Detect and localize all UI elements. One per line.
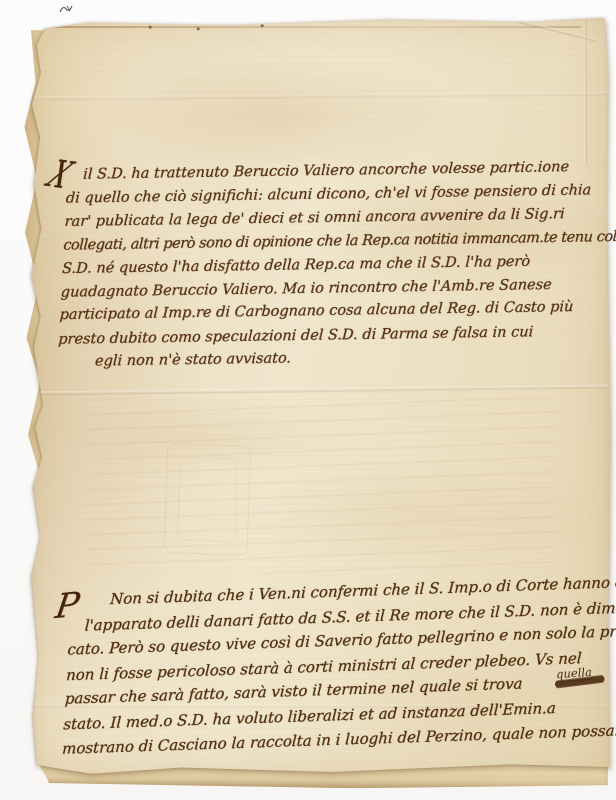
horizontal-fold-middle <box>30 384 610 395</box>
paragraph-2: Non si dubita che i Ven.ni confermi che … <box>61 571 590 761</box>
paragraph-1: il S.D. ha trattenuto Beruccio Valiero a… <box>56 156 583 375</box>
horizontal-crease-upper <box>29 91 609 100</box>
edge-speck <box>149 26 152 29</box>
page-scan: X il S.D. ha trattenuto Beruccio Valiero… <box>0 0 616 800</box>
interlinear-correction: quella <box>555 661 592 682</box>
edge-speck <box>261 24 264 27</box>
edge-speck <box>197 27 200 30</box>
archival-pen-mark <box>58 2 74 16</box>
vertical-crease-right <box>584 15 588 165</box>
top-edge-fold-line <box>41 26 581 28</box>
ink-showthrough-streaks <box>85 397 556 574</box>
